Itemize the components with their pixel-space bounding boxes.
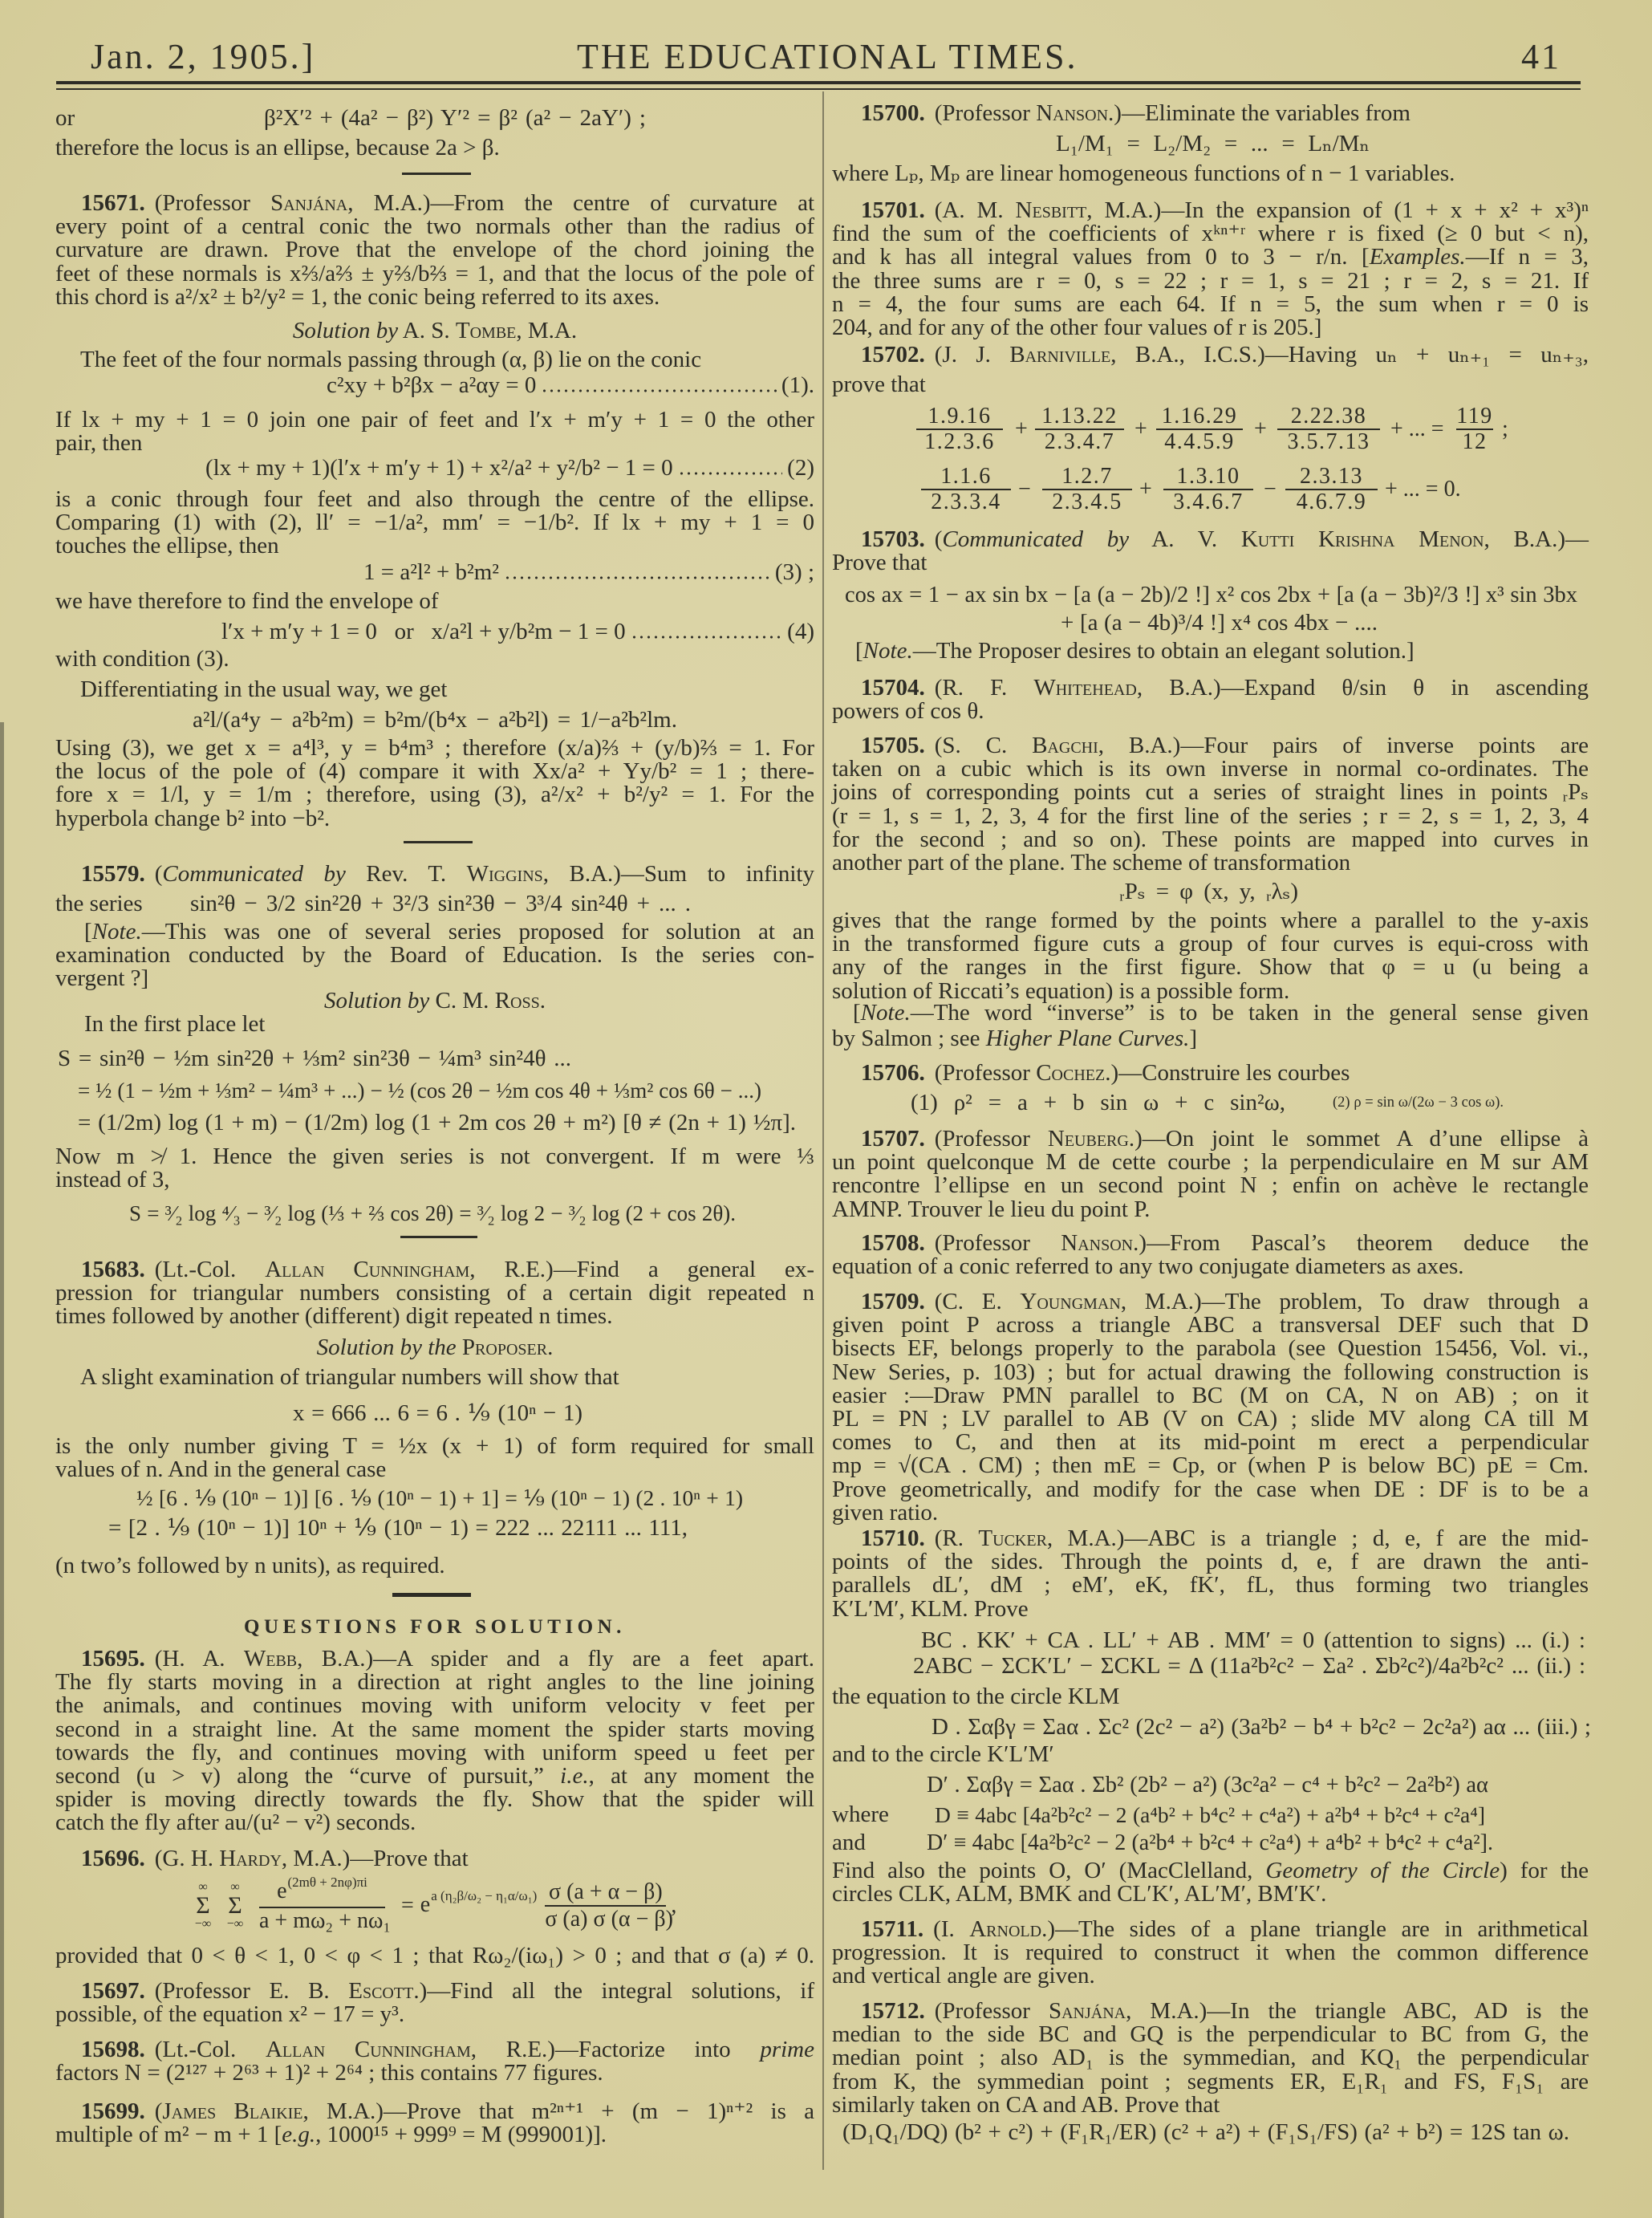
paragraph: Find also the points O, O′ (MacClelland,… xyxy=(832,1859,1589,1906)
paragraph: the equation to the circle KLM xyxy=(832,1685,1589,1708)
question-15700: 15700.(Professor Nanson.)—Eliminate the … xyxy=(832,102,1589,125)
question-15701: 15701.(A. M. Nesbitt, M.A.)—In the expan… xyxy=(832,199,1589,339)
author-prefix: (C. E. xyxy=(935,1289,1021,1314)
body-line: prove that xyxy=(832,373,1589,396)
body-line: Prove that xyxy=(832,551,1589,575)
body-line: from K, the symmedian point ; segments E… xyxy=(832,2070,1589,2094)
question-first-line: 15699.(James Blaikie, M.A.)—Prove that m… xyxy=(55,2100,814,2123)
question-text: , B.A.)—Four pairs of inverse points are xyxy=(1098,733,1589,758)
author-prefix: (G. H. xyxy=(155,1846,220,1871)
body-line: equation of a conic referred to any two … xyxy=(832,1255,1589,1278)
display-formula: L₁/M₁ = L₂/M₂ = ... = Lₙ/Mₙ xyxy=(1056,132,1370,156)
question-text: , B.A.)—Sum to infinity xyxy=(543,861,814,887)
question-text: , B.A., I.C.S.)—Having uₙ + uₙ₊₁ = uₙ₊₃, xyxy=(1110,342,1589,368)
book-title: Higher Plane Curves. xyxy=(986,1026,1190,1051)
question-15683: 15683.(Lt.-Col. Allan Cunningham, R.E.)—… xyxy=(55,1258,814,1329)
formula-line: + [a (a − 4b)³/4 !] x⁴ cos 4bx − .... xyxy=(1061,611,1378,635)
body-line: values of n. And in the general case xyxy=(55,1458,814,1481)
communicated-by: Communicated by xyxy=(162,861,345,887)
section-rule xyxy=(392,1593,471,1597)
paragraph: (n two’s followed by n units), as requir… xyxy=(55,1554,814,1578)
body-line: curvature are drawn. Prove that the enve… xyxy=(55,238,814,262)
fraction: 1.2.72.3.4.5 xyxy=(1042,465,1132,514)
body-line: spider is moving directly towards the fl… xyxy=(55,1788,814,1811)
display-formula: sin²θ − 3/2 sin²2θ + 3²/3 sin²3θ − 3³/4 … xyxy=(190,892,691,916)
numerator: 2.3.13 xyxy=(1285,465,1378,489)
display-formula: + [a (a − 4b)³/4 !] x⁴ cos 4bx − .... xyxy=(1061,611,1378,635)
section-heading-block: QUESTIONS FOR SOLUTION. xyxy=(55,1615,814,1639)
display-formula: D ≡ 4abc [4a²b²c² − 2 (a⁴b² + b⁴c² + c⁴a… xyxy=(935,1803,1485,1826)
numerator: 1.2.7 xyxy=(1042,465,1132,489)
question-number: 15704. xyxy=(861,675,925,701)
body-line: by Salmon ; see Higher Plane Curves.] xyxy=(832,1027,1589,1050)
body-line: we have therefore to find the envelope o… xyxy=(55,590,814,613)
summation-n: ∞Σ−∞ xyxy=(225,1881,246,1931)
author-name: Sanjána xyxy=(270,190,347,216)
author-prefix: ( xyxy=(935,526,943,552)
equation-body: l′x + m′y + 1 = 0 or x/a²l + y/b²m − 1 =… xyxy=(221,620,626,644)
body-line: Find also the points O, O′ (MacClelland,… xyxy=(832,1859,1589,1883)
question-15709: 15709.(C. E. Youngman, M.A.)—The problem… xyxy=(832,1290,1589,1525)
question-first-line: 15707.(Professor Neuberg.)—On joint le s… xyxy=(832,1127,1589,1151)
question-text: .)—Construire les courbes xyxy=(1105,1060,1350,1086)
question-15712: 15712.(Professor Sanjána, M.A.)—In the t… xyxy=(832,2000,1589,2117)
italic-segment: e.g. xyxy=(282,2122,315,2147)
fraction: 1.3.103.4.6.7 xyxy=(1163,465,1253,514)
section-rule xyxy=(402,173,471,175)
section-heading: QUESTIONS FOR SOLUTION. xyxy=(55,1615,814,1639)
body-line: given point P across a triangle ABC a tr… xyxy=(832,1314,1589,1337)
display-formula: cos ax = 1 − ax sin bx − [a (a − 2b)/2 !… xyxy=(845,583,1577,607)
body-line: If lx + my + 1 = 0 join one pair of feet… xyxy=(55,408,814,432)
question-text: .)—The sides of a plane triangle are in … xyxy=(1041,1916,1589,1942)
operator: + xyxy=(1134,417,1147,441)
paragraph: Using (3), we get x = a⁴l³, y = b⁴m³ ; t… xyxy=(55,737,814,831)
note-text: —This was one of several series proposed… xyxy=(142,919,814,944)
author-initials: Rev. T. xyxy=(346,861,467,887)
solver-initials: A. S. xyxy=(398,318,456,343)
formula-ellipse: β²X′² + (4a² − β²) Y′² = β² (a² − 2aY′) … xyxy=(264,107,646,130)
paragraph: is the only number giving T = ½x (x + 1)… xyxy=(55,1435,814,1481)
body-line: is the only number giving T = ½x (x + 1)… xyxy=(55,1435,814,1458)
exp-base: e xyxy=(277,1879,286,1903)
equation-tag: (3) ; xyxy=(775,561,814,584)
paragraph: prove that xyxy=(832,373,1589,396)
body-line: in the transformed figure cuts a group o… xyxy=(832,932,1589,956)
body-line: Comparing (1) with (2), ll′ = −1/a², mm′… xyxy=(55,511,814,534)
bracket: [ xyxy=(84,919,92,944)
fraction: 1.13.222.3.4.7 xyxy=(1035,404,1124,454)
body-line: multiple of m² − m + 1 [e.g., 1000¹⁵ + 9… xyxy=(55,2123,814,2147)
paragraph: therefore the locus is an ellipse, becau… xyxy=(55,136,814,160)
body-line: rencontre l’ellipse en un second point N… xyxy=(832,1174,1589,1197)
question-text: .)—From Pascal’s theorem deduce the xyxy=(1133,1230,1589,1256)
body-line: examination conducted by the Board of Ed… xyxy=(55,944,814,967)
author-name: Cochez xyxy=(1036,1060,1105,1086)
solver-name: Tombe xyxy=(456,318,517,343)
text-segment: second (u > v) along the “curve of pursu… xyxy=(55,1763,560,1789)
question-first-line: 15701.(A. M. Nesbitt, M.A.)—In the expan… xyxy=(832,199,1589,222)
question-15705: 15705.(S. C. Bagchi, B.A.)—Four pairs of… xyxy=(832,734,1589,875)
author-prefix: (R. F. xyxy=(935,675,1034,701)
body-line: and k has all integral values from 0 to … xyxy=(832,246,1589,269)
denominator: 4.6.7.9 xyxy=(1285,489,1378,514)
page-number: 41 xyxy=(1521,37,1561,77)
equation-body: (lx + my + 1)(l′x + m′y + 1) + x²/a² + y… xyxy=(205,457,673,480)
body-line: easier :—Draw PMN parallel to BC (M on C… xyxy=(832,1384,1589,1408)
display-formula: 2ABC − ΣCK′L′ − ΣCKL = Δ (11a²b²c² − Σa²… xyxy=(913,1655,1585,1678)
text-segment: , at any moment the xyxy=(589,1763,814,1789)
body-line: progression. It is required to construct… xyxy=(832,1941,1589,1964)
denominator: 4.4.5.9 xyxy=(1156,429,1243,454)
body-line: The fly starts moving in a direction at … xyxy=(55,1671,814,1694)
question-15695: 15695.(H. A. Webb, B.A.)—A spider and a … xyxy=(55,1647,814,1835)
body-line: touches the ellipse, then xyxy=(55,534,814,558)
numerator: 1.16.29 xyxy=(1156,404,1243,429)
body-line: points of the sides. Through the points … xyxy=(832,1550,1589,1574)
sigma-icon: Σ xyxy=(196,1894,209,1918)
header-title: THE EDUCATIONAL TIMES. xyxy=(577,37,1078,77)
question-number: 15696. xyxy=(81,1846,145,1871)
note-first-line: [Note.—The word “inverse” is to be taken… xyxy=(832,1001,1589,1025)
solution-heading: Solution by C. M. Ross. xyxy=(55,989,814,1013)
question-first-line: 15709.(C. E. Youngman, M.A.)—The problem… xyxy=(832,1290,1589,1314)
author-prefix: (J. J. xyxy=(935,342,1009,368)
author-prefix: (Lt.-Col. xyxy=(155,2037,266,2062)
series-identity-2: 1.1.62.3.3.4 − 1.2.72.3.4.5 + 1.3.103.4.… xyxy=(921,465,1531,514)
paragraph: and to the circle K′L′M′ xyxy=(832,1743,1589,1766)
question-text: .)—Find all the integral solutions, if xyxy=(413,1978,814,2004)
display-formula: (D₁Q₁/DQ) (b² + c²) + (F₁R₁/ER) (c² + a²… xyxy=(842,2121,1569,2144)
body-line: the animals, and continues moving with u… xyxy=(55,1694,814,1717)
denominator: 2.3.4.7 xyxy=(1035,429,1124,454)
paragraph: Differentiating in the usual way, we get xyxy=(55,678,814,701)
solution-label: Solution by xyxy=(293,318,398,343)
question-number: 15702. xyxy=(861,342,925,368)
denominator: σ (a) σ (α − β) xyxy=(545,1905,666,1932)
question-first-line: 15696.(G. H. Hardy, M.A.)—Prove that xyxy=(55,1847,814,1871)
denominator: 12 xyxy=(1456,429,1493,454)
author-prefix: (Professor xyxy=(935,1126,1048,1152)
text-segment: by Salmon ; see xyxy=(832,1026,986,1051)
paragraph: we have therefore to find the envelope o… xyxy=(55,590,814,613)
equation-tag: (1). xyxy=(781,374,814,397)
author-prefix: ( xyxy=(155,2098,163,2124)
formula-line: 2ABC − ΣCK′L′ − ΣCKL = Δ (11a²b²c² − Σa²… xyxy=(913,1655,1585,1678)
body-line: feet of these normals is x⅔/a⅔ ± y⅔/b⅔ =… xyxy=(55,262,814,286)
header-rule-thick xyxy=(56,81,1581,84)
exponent: a (η₂β/ω₂ − η₁α/ω₁) xyxy=(431,1888,537,1903)
author-prefix: (Professor xyxy=(935,1060,1036,1086)
question-first-line: 15695.(H. A. Webb, B.A.)—A spider and a … xyxy=(55,1647,814,1671)
equation-body: c²xy + b²βx − a²αy = 0 xyxy=(327,374,536,397)
body-line: second (u > v) along the “curve of pursu… xyxy=(55,1765,814,1788)
lower-limit: −∞ xyxy=(195,1918,211,1931)
note: [Note.—This was one of several series pr… xyxy=(55,920,814,991)
fraction: 2.3.134.6.7.9 xyxy=(1285,465,1378,514)
note-line: [Note.—The Proposer desires to obtain an… xyxy=(832,640,1589,663)
body-line: factors N = (2¹²⁷ + 2⁶³ + 1)² + 2⁶⁴ ; th… xyxy=(55,2062,814,2085)
header-date: Jan. 2, 1905.] xyxy=(91,37,315,77)
numbered-equation-3: 1 = a²l² + b²m²(3) ; xyxy=(363,560,814,584)
question-first-line: 15671.(Professor Sanjána, M.A.)—From the… xyxy=(55,192,814,215)
equals-sign: = xyxy=(401,1894,414,1918)
and-label: and xyxy=(832,1831,920,1854)
body-line: parallels dL′, dM ; eM′, eK, fK′, fL, th… xyxy=(832,1574,1589,1597)
author-prefix: (Professor xyxy=(935,1998,1049,2024)
numbered-equation-1: c²xy + b²βx − a²αy = 0(1). xyxy=(327,373,814,397)
body-line: find the sum of the coefficients of xᵏⁿ⁺… xyxy=(832,222,1589,246)
body-line: In the first place let xyxy=(55,1013,814,1036)
body-line: n = 4, the four sums are each 64. If n =… xyxy=(832,293,1589,316)
dot-leader xyxy=(631,636,783,639)
question-15699: 15699.(James Blaikie, M.A.)—Prove that m… xyxy=(55,2100,814,2147)
question-15708: 15708.(Professor Nanson.)—From Pascal’s … xyxy=(832,1232,1589,1278)
solver-initials: C. M. xyxy=(429,988,494,1014)
section-rule xyxy=(404,841,473,843)
numbered-equation-4: l′x + m′y + 1 = 0 or x/a²l + y/b²m − 1 =… xyxy=(221,619,814,644)
question-first-line: 15708.(Professor Nanson.)—From Pascal’s … xyxy=(832,1232,1589,1255)
formula-line: S = sin²θ − ½m sin²2θ + ⅓m² sin²3θ − ¼m³… xyxy=(58,1047,571,1070)
author-name: Sanjána xyxy=(1049,1998,1126,2024)
display-formula: ᵣPₛ = φ (x, y, ᵣλₛ) xyxy=(1119,880,1298,904)
solver-name: Proposer xyxy=(457,1334,547,1360)
formula-line: (D₁Q₁/DQ) (b² + c²) + (F₁R₁/ER) (c² + a²… xyxy=(842,2121,1569,2144)
question-number: 15579. xyxy=(81,861,145,887)
dot-leader xyxy=(541,389,777,392)
question-first-line: 15703.(Communicated by A. V. Kutti Krish… xyxy=(832,528,1589,551)
note-label: Note. xyxy=(92,919,142,944)
fraction-left: e(2mθ + 2nφ)πi a + mω₂ + nω₁ xyxy=(259,1879,385,1934)
question-number: 15705. xyxy=(861,733,925,758)
display-formula: S = ³⁄₂ log ⁴⁄₃ − ³⁄₂ log (⅓ + ⅔ cos 2θ)… xyxy=(129,1202,736,1225)
solution-heading: Solution by A. S. Tombe, M.A. xyxy=(55,319,814,343)
question-text: , B.A.)—A spider and a fly are a feet ap… xyxy=(297,1646,814,1672)
question-15702: 15702.(J. J. Barniville, B.A., I.C.S.)—H… xyxy=(832,343,1589,367)
author-name: Tucker xyxy=(978,1525,1047,1551)
body-line: pression for triangular numbers consisti… xyxy=(55,1282,814,1305)
exponential-factor: ea (η₂β/ω₂ − η₁α/ω₁) xyxy=(420,1893,538,1919)
question-first-line: 15702.(J. J. Barniville, B.A., I.C.S.)—H… xyxy=(832,343,1589,367)
formula-line: D ≡ 4abc [4a²b²c² − 2 (a⁴b² + b⁴c² + c⁴a… xyxy=(935,1803,1485,1826)
body-line: every point of a central conic the two n… xyxy=(55,215,814,238)
author-name: James Blaikie xyxy=(162,2098,302,2124)
semicolon: ; xyxy=(1502,417,1508,441)
display-formula: β²X′² + (4a² − β²) Y′² = β² (a² − 2aY′) … xyxy=(264,107,646,130)
paragraph: Now m ≯ 1. Hence the given series is not… xyxy=(55,1145,814,1192)
solution-by-line: Solution by C. M. Ross. xyxy=(55,989,814,1013)
numbered-equation-2: (lx + my + 1)(l′x + m′y + 1) + x²/a² + y… xyxy=(205,456,814,480)
fraction-right: σ (a + α − β) σ (a) σ (α − β) xyxy=(545,1879,666,1932)
series-tail: + ... = 0. xyxy=(1385,477,1461,502)
paragraph: where Lₚ, Mₚ are linear homogeneous func… xyxy=(832,162,1589,185)
or-label-block: or xyxy=(55,107,104,130)
denominator: 3.4.6.7 xyxy=(1163,489,1253,514)
solver-degree: . xyxy=(540,988,546,1014)
question-first-line: 15710.(R. Tucker, M.A.)—ABC is a triangl… xyxy=(832,1527,1589,1550)
display-formula: = ½ (1 − ½m + ⅓m² − ¼m³ + ...) − ½ (cos … xyxy=(78,1079,761,1103)
author-prefix: (Professor xyxy=(935,1230,1061,1256)
body-line: and vertical angle are given. xyxy=(832,1964,1589,1988)
question-first-line: 15711.(I. Arnold.)—The sides of a plane … xyxy=(832,1918,1589,1941)
author-prefix: (S. C. xyxy=(935,733,1032,758)
question-first-line: 15704.(R. F. Whitehead, B.A.)—Expand θ/s… xyxy=(832,676,1589,700)
note-text: —The Proposer desires to obtain an elega… xyxy=(913,638,1415,664)
question-number: 15698. xyxy=(81,2037,145,2062)
or-label: or xyxy=(55,107,104,130)
body-line: is a conic through four feet and also th… xyxy=(55,488,814,511)
header-rule-thin xyxy=(56,88,1581,90)
question-number: 15711. xyxy=(861,1916,923,1942)
question-number: 15712. xyxy=(861,1998,925,2024)
question-text: , M.A.)—The problem, To draw through a xyxy=(1121,1289,1589,1314)
paragraph: with condition (3). xyxy=(55,648,814,671)
body-line: where Lₚ, Mₚ are linear homogeneous func… xyxy=(832,162,1589,185)
body-line: the equation to the circle KLM xyxy=(832,1685,1589,1708)
body-line: times followed by another (different) di… xyxy=(55,1305,814,1328)
author-name: Escott xyxy=(348,1978,413,2004)
author-name: Neuberg xyxy=(1048,1126,1129,1152)
page-edge-shadow xyxy=(0,722,4,2218)
body-line: Prove geometrically, and modify for the … xyxy=(832,1478,1589,1501)
solution-heading: Solution by the Proposer. xyxy=(55,1336,814,1359)
body-line: A slight examination of triangular numbe… xyxy=(55,1366,814,1389)
body-line: for the second ; and so on). These point… xyxy=(832,828,1589,851)
solver-name: Ross xyxy=(495,988,540,1014)
denominator: 1.2.3.6 xyxy=(916,429,1003,454)
question-15696: 15696.(G. H. Hardy, M.A.)—Prove that xyxy=(55,1847,814,1871)
solver-suffix: . xyxy=(547,1334,553,1360)
author-prefix: (Professor E. B. xyxy=(155,1978,349,2004)
body-line: median to the side BC and GQ is the perp… xyxy=(832,2023,1589,2046)
author-name: Kutti Krishna Menon xyxy=(1241,526,1484,552)
formula-line: L₁/M₁ = L₂/M₂ = ... = Lₙ/Mₙ xyxy=(1056,132,1370,156)
series-tail: + ... = xyxy=(1390,417,1444,441)
question-number: 15706. xyxy=(861,1060,925,1086)
body-line: gives that the range formed by the point… xyxy=(832,909,1589,932)
paragraph: A slight examination of triangular numbe… xyxy=(55,1366,814,1389)
display-formula: (1) ρ² = a + b sin ω + c sin²ω, xyxy=(911,1091,1285,1115)
text-segment: ) for the xyxy=(1500,1858,1589,1883)
question-text: , R.E.)—Factorize into xyxy=(471,2037,761,2062)
body-line: The feet of the four normals passing thr… xyxy=(55,348,814,372)
communicated-by: Communicated by xyxy=(942,526,1129,552)
paragraph: In the first place let xyxy=(55,1013,814,1036)
question-text: , B.A.)—Expand θ/sin θ in ascending xyxy=(1137,675,1589,701)
operator: + xyxy=(1015,417,1028,441)
numerator: 1.13.22 xyxy=(1035,404,1124,429)
note-label: Note. xyxy=(861,1000,911,1026)
fraction: 1.1.62.3.3.4 xyxy=(921,465,1011,514)
question-number: 15703. xyxy=(861,526,925,552)
body-line: powers of cos θ. xyxy=(832,700,1589,723)
exponent: (2mθ + 2nφ)πi xyxy=(288,1875,367,1890)
body-line: (n two’s followed by n units), as requir… xyxy=(55,1554,814,1578)
formula-line: = [2 . ⅑ (10ⁿ − 1)] 10ⁿ + ⅑ (10ⁿ − 1) = … xyxy=(108,1517,688,1540)
body-line: towards the fly, and continues moving wi… xyxy=(55,1741,814,1765)
question-number: 15710. xyxy=(861,1525,925,1551)
dot-leader xyxy=(504,576,770,579)
question-number: 15683. xyxy=(81,1257,145,1282)
author-prefix: ( xyxy=(155,861,163,887)
body-line: with condition (3). xyxy=(55,648,814,671)
note-label: Note. xyxy=(863,638,913,664)
formula-line: BC . KK′ + CA . LL′ + AB . MM′ = 0 (atte… xyxy=(921,1629,1585,1652)
author-name: Hardy xyxy=(219,1846,282,1871)
formula-line: ᵣPₛ = φ (x, y, ᵣλₛ) xyxy=(1119,880,1298,904)
question-text: .)—On joint le sommet A d’une ellipse à xyxy=(1129,1126,1589,1152)
fraction-result: 11912 xyxy=(1456,404,1493,454)
question-number: 15671. xyxy=(81,190,145,216)
dot-leader xyxy=(678,472,783,475)
question-text: , M.A.)—From the centre of curvature at xyxy=(347,190,814,216)
question-text: , R.E.)—Find a general ex- xyxy=(469,1257,814,1282)
body-line: comes to C, and then at its mid-point m … xyxy=(832,1431,1589,1454)
body-line: New Series, p. 103) ; but for actual dra… xyxy=(832,1361,1589,1384)
and-label-block: and xyxy=(832,1831,920,1854)
question-15698: 15698.(Lt.-Col. Allan Cunningham, R.E.)—… xyxy=(55,2038,814,2085)
operator: − xyxy=(1018,477,1031,502)
question-number: 15700. xyxy=(861,100,925,126)
author-prefix: (Lt.-Col. xyxy=(155,1257,265,1282)
numerator: e(2mθ + 2nφ)πi xyxy=(259,1879,385,1907)
display-formula: D . Σαβγ = Σaα . Σc² (2c² − a²) (3a²b² −… xyxy=(932,1716,1591,1739)
solver-degree: , M.A. xyxy=(516,318,577,343)
body-line: joins of corresponding points cut a seri… xyxy=(832,781,1589,804)
body-line: and to the circle K′L′M′ xyxy=(832,1743,1589,1766)
question-text: , M.A.)—In the expansion of (1 + x + x² … xyxy=(1086,197,1589,223)
text-segment: Find also the points O, O′ (MacClelland, xyxy=(832,1858,1265,1883)
display-formula: = (1/2m) log (1 + m) − (1/2m) log (1 + 2… xyxy=(78,1111,796,1135)
bracket: [ xyxy=(853,1000,861,1026)
author-prefix: (A. M. xyxy=(935,197,1016,223)
italic-segment: Examples. xyxy=(1370,244,1466,270)
numerator: 119 xyxy=(1456,404,1493,429)
where-label-block: where xyxy=(832,1803,920,1826)
body-line: similarly taken on CA and AB. Prove that xyxy=(832,2094,1589,2117)
paragraph: is a conic through four feet and also th… xyxy=(55,488,814,559)
author-name: Nanson xyxy=(1036,100,1108,126)
question-15706: 15706.(Professor Cochez.)—Construire les… xyxy=(832,1062,1589,1085)
fraction: 1.9.161.2.3.6 xyxy=(916,404,1003,454)
question-number: 15697. xyxy=(81,1978,145,2004)
author-prefix: (Professor xyxy=(935,100,1036,126)
numerator: 1.3.10 xyxy=(1163,465,1253,489)
body-line: fore x = 1/l, y = 1/m ; therefore, using… xyxy=(55,783,814,806)
column-divider xyxy=(822,91,824,2170)
display-formula: x = 666 ... 6 = 6 . ⅑ (10ⁿ − 1) xyxy=(293,1402,582,1425)
display-formula: D′ . Σαβγ = Σaα . Σb² (2b² − a²) (3c²a² … xyxy=(927,1773,1488,1797)
text-segment: multiple of m² − m + 1 [ xyxy=(55,2122,282,2147)
question-15671: 15671.(Professor Sanjána, M.A.)—From the… xyxy=(55,192,814,309)
formula-line: D . Σαβγ = Σaα . Σc² (2c² − a²) (3a²b² −… xyxy=(932,1716,1591,1739)
paragraph: The feet of the four normals passing thr… xyxy=(55,348,814,372)
double-sum-formula: ∞Σ−∞ ∞Σ−∞ e(2mθ + 2nφ)πi a + mω₂ + nω₁ =… xyxy=(193,1872,676,1940)
lower-limit: −∞ xyxy=(227,1918,243,1931)
exp-base: e xyxy=(420,1892,430,1917)
body-line: provided that 0 < θ < 1, 0 < φ < 1 ; tha… xyxy=(55,1944,814,1968)
question-number: 15699. xyxy=(81,2098,145,2124)
formula-line: a²l/(a⁴y − a²b²m) = b²m/(b⁴x − a²b²l) = … xyxy=(193,709,677,732)
body-line: mp = √(CA . CM) ; then mE = Cp, or (when… xyxy=(832,1454,1589,1477)
body-line: median point ; also AD₁ is the symmedian… xyxy=(832,2046,1589,2070)
question-number: 15707. xyxy=(861,1126,925,1152)
display-formula: (2) ρ = sin ω/(2ω − 3 cos ω). xyxy=(1333,1091,1504,1115)
author-name: Allan Cunningham xyxy=(266,2037,471,2062)
question-text: , M.A.)—ABC is a triangle ; d, e, f are … xyxy=(1047,1525,1589,1551)
question-15707: 15707.(Professor Neuberg.)—On joint le s… xyxy=(832,1127,1589,1221)
body-line: PL = PN ; LV parallel to AB (V on CA) ; … xyxy=(832,1408,1589,1431)
